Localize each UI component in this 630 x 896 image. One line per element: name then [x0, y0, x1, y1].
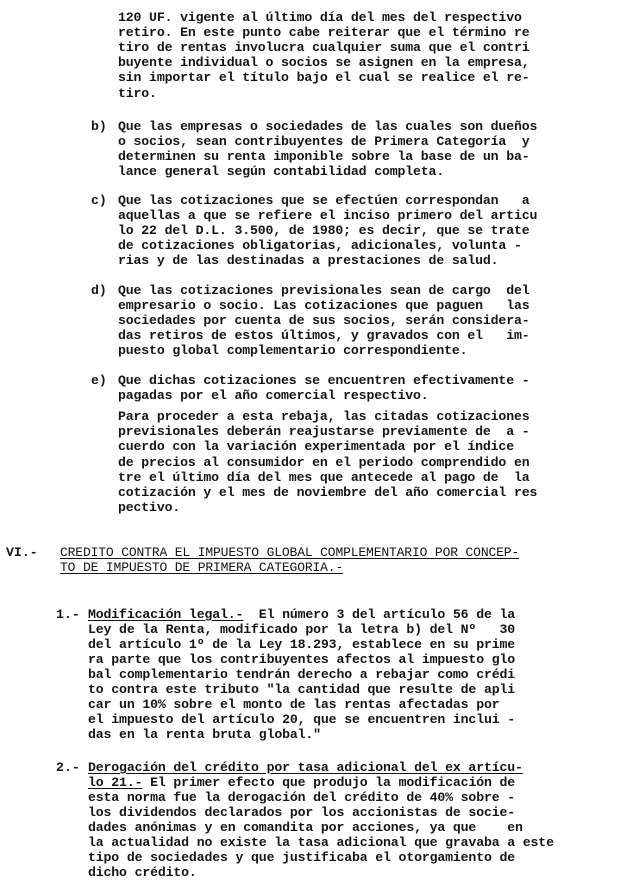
item-marker: b): [91, 119, 107, 134]
text-line: esta norma fue la derogación del crédito…: [88, 790, 515, 805]
text-line: tipo de sociedades y que justificaba el …: [88, 850, 515, 865]
subheading-derogacion-line: Derogación del crédito por tasa adiciona…: [88, 760, 523, 775]
item-marker: d): [91, 283, 107, 298]
text-line: Para proceder a esta rebaja, las citadas…: [118, 409, 529, 424]
text-line: dades anónimas y en comandita por accion…: [88, 820, 523, 835]
text-line: sociedades por cuenta de sus socios, ser…: [118, 313, 529, 328]
section-title-line: TO DE IMPUESTO DE PRIMERA CATEGORIA.-: [60, 560, 343, 575]
text-line: de cotizaciones obligatorias, adicionale…: [118, 238, 522, 253]
text-line: dicho crédito.: [88, 865, 197, 880]
item-marker: 1.-: [56, 607, 80, 622]
item-marker: c): [91, 193, 107, 208]
text-line: car un 10% sobre el monto de las rentas …: [88, 697, 499, 712]
text-line: das en la renta bruta global.": [88, 727, 321, 742]
text-line: tre el último día del mes que antecede a…: [118, 470, 529, 485]
text-line: tiro.: [118, 86, 157, 101]
text-line: pectivo.: [118, 500, 180, 515]
text-line: o socios, sean contribuyentes de Primera…: [118, 134, 529, 149]
text-line: el impuesto del artículo 20, que se encu…: [88, 712, 515, 727]
text-line: empresario o socio. Las cotizaciones que…: [118, 298, 529, 313]
text-line: lo 22 del D.L. 3.500, de 1980; es decir,…: [118, 223, 529, 238]
item-marker: 2.-: [56, 760, 80, 775]
text-fragment: El número 3 del artículo 56 de la: [243, 607, 515, 622]
text-line: determinen su renta imponible sobre la b…: [118, 149, 529, 164]
text-line: Que las cotizaciones que se efectúen cor…: [118, 193, 529, 208]
text-line: das retiros de estos últimos, y gravados…: [118, 328, 529, 343]
text-line: lo 21.- El primer efecto que produjo la …: [88, 775, 515, 790]
text-line: Que dichas cotizaciones se encuentren ef…: [118, 373, 529, 388]
text-line: buyente individual o socios se asignen e…: [118, 55, 529, 70]
text-line: tiro de rentas involucra cualquier suma …: [118, 40, 529, 55]
text-line: cotización y el mes de noviembre del año…: [118, 485, 537, 500]
text-line: los dividendos declarados por los accion…: [88, 805, 515, 820]
text-line: ra parte que los contribuyentes afectos …: [88, 652, 515, 667]
text-line: 120 UF. vigente al último día del mes de…: [118, 10, 522, 25]
text-line: lance general según contabilidad complet…: [118, 164, 444, 179]
text-line: la actualidad no existe la tasa adiciona…: [88, 835, 554, 850]
text-line: Ley de la Renta, modificado por la letra…: [88, 622, 515, 637]
text-line: Que las empresas o sociedades de las cua…: [118, 119, 537, 134]
subheading-derogacion-end: lo 21.-: [88, 775, 142, 790]
text-line: del artículo 1º de la Ley 18.293, establ…: [88, 637, 515, 652]
text-line: de precios al consumidor en el periodo c…: [118, 455, 529, 470]
text-line: sin importar el título bajo el cual se r…: [118, 70, 529, 85]
section-title-line: CREDITO CONTRA EL IMPUESTO GLOBAL COMPLE…: [60, 545, 519, 560]
text-line: bal complementario tendrán derecho a reb…: [88, 667, 515, 682]
scanned-document-page: 120 UF. vigente al último día del mes de…: [0, 0, 630, 896]
text-line: previsionales deberán reajustarse previa…: [118, 424, 529, 439]
text-line: pagadas por el año comercial respectivo.: [118, 388, 429, 403]
text-line: retiro. En este punto cabe reiterar que …: [118, 25, 529, 40]
section-number: VI.-: [6, 545, 38, 560]
item-marker: e): [91, 373, 107, 388]
text-fragment: El primer efecto que produjo la modifica…: [142, 775, 515, 790]
text-line: rias y de las destinadas a prestaciones …: [118, 253, 498, 268]
subheading-modificacion-legal: Modificación legal.-: [88, 607, 243, 622]
text-line: puesto global complementario correspondi…: [118, 343, 467, 358]
text-line: to contra este tributo "la cantidad que …: [88, 682, 515, 697]
text-line: aquellas a que se refiere el inciso prim…: [118, 208, 537, 223]
text-line: cuerdo con la variación experimentada po…: [118, 439, 514, 454]
text-line: Que las cotizaciones previsionales sean …: [118, 283, 529, 298]
text-line: Modificación legal.- El número 3 del art…: [88, 607, 515, 622]
